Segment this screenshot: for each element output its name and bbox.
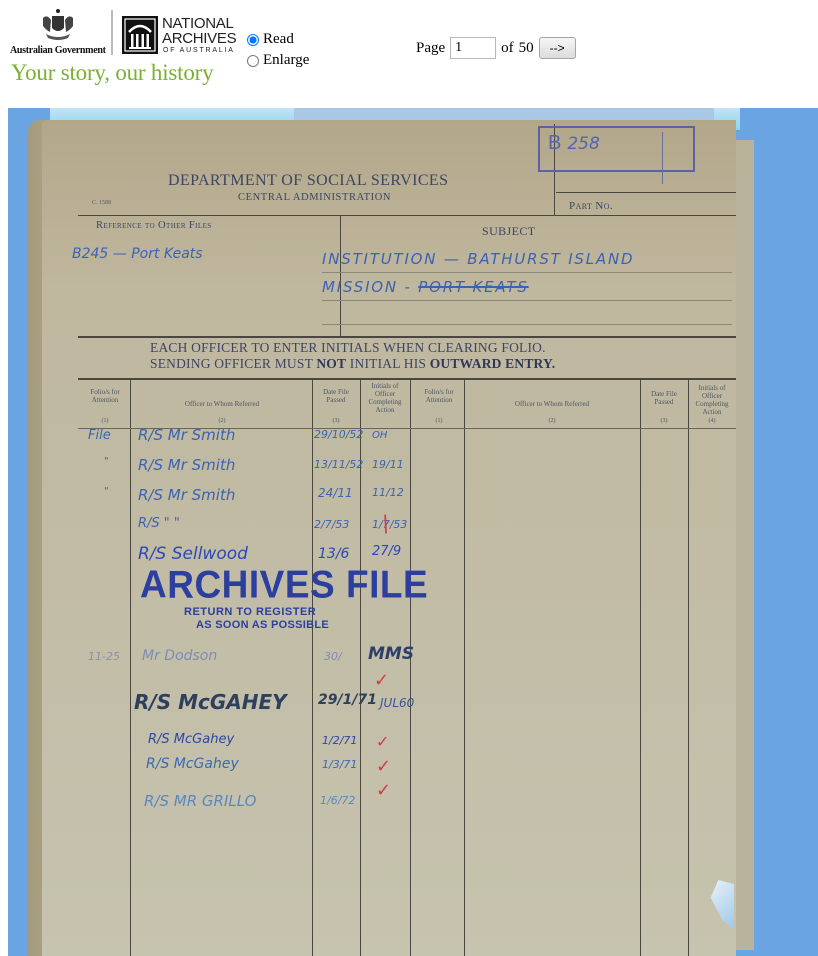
col-header-date: Date File Passed — [314, 388, 358, 404]
entry-date: 2/7/53 — [314, 518, 349, 531]
red-tick-mark: ✓ — [376, 732, 389, 751]
reference-label: Reference to Other Files — [96, 220, 212, 231]
col-num: (2) — [162, 418, 282, 424]
entry-initials: 27/9 — [372, 544, 401, 559]
naa-logo-line3: OF AUSTRALIA — [163, 47, 235, 54]
form-code: C. 1588 — [92, 200, 111, 206]
subject-line-2-prefix: MISSION - — [322, 278, 418, 296]
red-tick-mark: ✓ — [376, 780, 391, 801]
red-tick-mark: ✓ — [374, 670, 389, 691]
entry-officer: R/S McGahey — [148, 732, 234, 747]
entry-date: 13/6 — [318, 546, 349, 562]
instruction-text: INITIAL HIS — [346, 356, 429, 371]
subject-line-1: INSTITUTION — BATHURST ISLAND — [322, 250, 634, 268]
entry-officer: R/S " " — [138, 516, 180, 531]
col-header-initials-2: Initials of Officer Completing Action — [690, 384, 734, 416]
entry-date: 13/11/52 — [314, 458, 363, 471]
instruction-emphasis: NOT — [316, 356, 346, 371]
instruction-emphasis: OUTWARD ENTRY. — [430, 356, 556, 371]
entry-initials: 19/11 — [372, 458, 404, 471]
col-num: (3) — [642, 418, 686, 424]
entry-officer: R/S Mr Smith — [138, 486, 235, 504]
viewer-header: Australian Government NATIONAL ARCHIVES … — [0, 0, 818, 100]
rule — [556, 192, 736, 193]
entry-folio: File — [88, 428, 111, 443]
file-number-value: 258 — [567, 134, 599, 154]
rule — [78, 336, 736, 338]
logo-divider — [111, 10, 113, 55]
col-header-folio-2: Folio/s for Attention — [416, 388, 462, 404]
cover-flap — [736, 140, 754, 950]
document-page-image[interactable]: C. 1588 DEPARTMENT OF SOCIAL SERVICES CE… — [8, 108, 818, 956]
rule — [322, 272, 732, 273]
view-mode-read-option[interactable]: Read — [246, 29, 309, 50]
entry-initials: 11/12 — [372, 486, 404, 499]
of-label: of — [501, 40, 514, 57]
entry-date: 1/2/71 — [322, 734, 357, 747]
page-navigator: Page of 50 --> — [416, 37, 576, 59]
rule — [322, 300, 732, 301]
entry-officer: R/S Mr Smith — [138, 456, 235, 474]
col-header-date-2: Date File Passed — [642, 390, 686, 406]
view-mode-enlarge-option[interactable]: Enlarge — [246, 50, 309, 71]
file-prefix: B — [548, 132, 561, 154]
australian-government-logo: Australian Government — [10, 8, 104, 58]
page-number-input[interactable] — [450, 37, 496, 59]
entry-folio: " — [104, 486, 109, 497]
col-num: (3) — [314, 418, 358, 424]
col-header-initials: Initials of Officer Completing Action — [362, 382, 408, 414]
entry-officer: R/S McGahey — [146, 756, 239, 772]
entry-initials: MMS — [368, 644, 414, 664]
torn-corner — [708, 880, 734, 930]
entry-date: 29/1/71 — [318, 692, 377, 708]
col-num: (4) — [690, 418, 734, 424]
entry-folio: 11-25 — [88, 650, 120, 663]
subject-label: SUBJECT — [482, 224, 535, 239]
col-num: (1) — [416, 418, 462, 424]
entry-date: 29/10/52 — [314, 428, 363, 441]
column-rule — [130, 380, 131, 956]
entry-officer: R/S Sellwood — [138, 544, 248, 564]
red-tick-mark: ✓ — [376, 756, 391, 777]
entry-officer: Mr Dodson — [142, 648, 217, 664]
col-header-folio: Folio/s for Attention — [82, 388, 128, 404]
gov-logo-text: Australian Government — [10, 45, 106, 56]
rule — [78, 378, 736, 380]
instruction-line-1: EACH OFFICER TO ENTER INITIALS WHEN CLEA… — [150, 340, 546, 356]
entry-folio: " — [104, 456, 109, 467]
subject-line-2: MISSION - PORT KEATS — [322, 278, 529, 296]
stamp-title: ARCHIVES FILE — [140, 565, 428, 605]
instruction-text: SENDING OFFICER MUST — [150, 356, 316, 371]
entry-initials: OH — [372, 430, 387, 441]
column-rule — [312, 380, 313, 956]
instruction-line-2: SENDING OFFICER MUST NOT INITIAL HIS OUT… — [150, 356, 555, 372]
entry-initials: JUL60 — [380, 696, 414, 710]
file-number: B258 — [548, 132, 600, 155]
naa-logo-line1: NATIONAL — [162, 16, 234, 31]
stamp-line-2: AS SOON AS POSSIBLE — [196, 619, 329, 631]
tagline: Your story, our history — [11, 60, 213, 86]
entry-officer: R/S Mr Smith — [138, 426, 235, 444]
total-pages: 50 — [519, 40, 534, 57]
rule — [322, 324, 732, 325]
col-header-officer-2: Officer to Whom Referred — [492, 400, 612, 408]
reference-value: B245 — Port Keats — [72, 246, 203, 262]
department-title: DEPARTMENT OF SOCIAL SERVICES — [168, 172, 448, 190]
column-rule — [688, 380, 689, 956]
column-rule — [640, 380, 641, 956]
entry-date: 1/3/71 — [322, 758, 357, 771]
rule — [78, 215, 736, 216]
go-to-page-button[interactable]: --> — [539, 37, 576, 59]
national-archives-logo: NATIONAL ARCHIVES OF AUSTRALIA — [122, 14, 242, 58]
subject-line-2-struck: PORT KEATS — [418, 278, 528, 296]
archives-building-icon — [122, 16, 158, 54]
coat-of-arms-icon — [40, 8, 76, 42]
rule — [662, 132, 663, 184]
entry-date: 30/ — [324, 650, 342, 663]
rule — [340, 216, 341, 336]
entry-officer: R/S McGAHEY — [134, 690, 287, 714]
enlarge-label: Enlarge — [263, 52, 309, 69]
part-no-label: Part No. — [569, 200, 613, 212]
entry-officer: R/S MR GRILLO — [144, 792, 256, 810]
stamp-line-1: RETURN TO REGISTER — [184, 606, 316, 618]
col-header-officer: Officer to Whom Referred — [162, 400, 282, 408]
col-num: (1) — [82, 418, 128, 424]
entry-date: 24/11 — [318, 486, 353, 500]
col-num: (2) — [492, 418, 612, 424]
read-label: Read — [263, 31, 294, 48]
naa-logo-line2: ARCHIVES — [162, 31, 236, 46]
enlarge-radio[interactable] — [247, 55, 259, 67]
archives-file-stamp: ARCHIVES FILE RETURN TO REGISTER AS SOON… — [140, 566, 428, 604]
file-cover-sheet: C. 1588 DEPARTMENT OF SOCIAL SERVICES CE… — [42, 120, 736, 956]
column-rule — [410, 380, 411, 956]
page-label: Page — [416, 40, 445, 57]
view-mode-radio-group: Read Enlarge — [246, 29, 309, 71]
entry-date: 1/6/72 — [320, 794, 355, 807]
column-rule — [464, 380, 465, 956]
department-subtitle: CENTRAL ADMINISTRATION — [238, 192, 391, 203]
read-radio[interactable] — [247, 34, 259, 46]
